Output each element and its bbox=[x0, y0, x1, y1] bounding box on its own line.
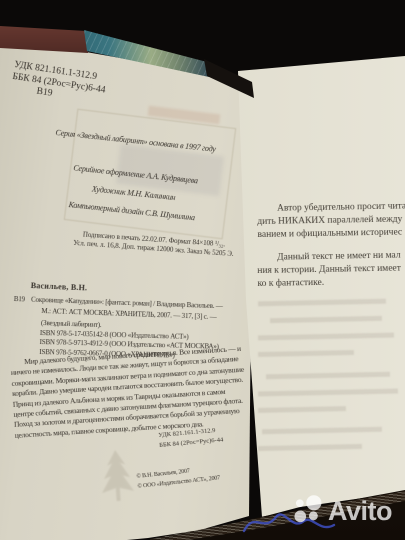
book-photo: УДК 821.161.1-312.9 ББК 84 (2Рос=Рус)6-4… bbox=[0, 0, 405, 540]
publisher-ornament-showthrough bbox=[96, 447, 138, 508]
avito-logo-icon bbox=[293, 495, 326, 528]
disclaimer-line: ванием и официальными историчес bbox=[257, 226, 405, 242]
avito-wordmark: Avito bbox=[328, 498, 392, 525]
disclaimer-line: ко к фантастике. bbox=[257, 275, 401, 291]
disclaimer-paragraph-1: Автор убедительно просит чита дить НИКАК… bbox=[257, 200, 405, 242]
disclaimer-paragraph-2: Данный текст не имеет ни мал ния к истор… bbox=[257, 249, 401, 290]
avito-watermark: Avito bbox=[293, 489, 405, 533]
disclaimer-line: ния к истории. Данный текст имеет bbox=[257, 262, 401, 278]
